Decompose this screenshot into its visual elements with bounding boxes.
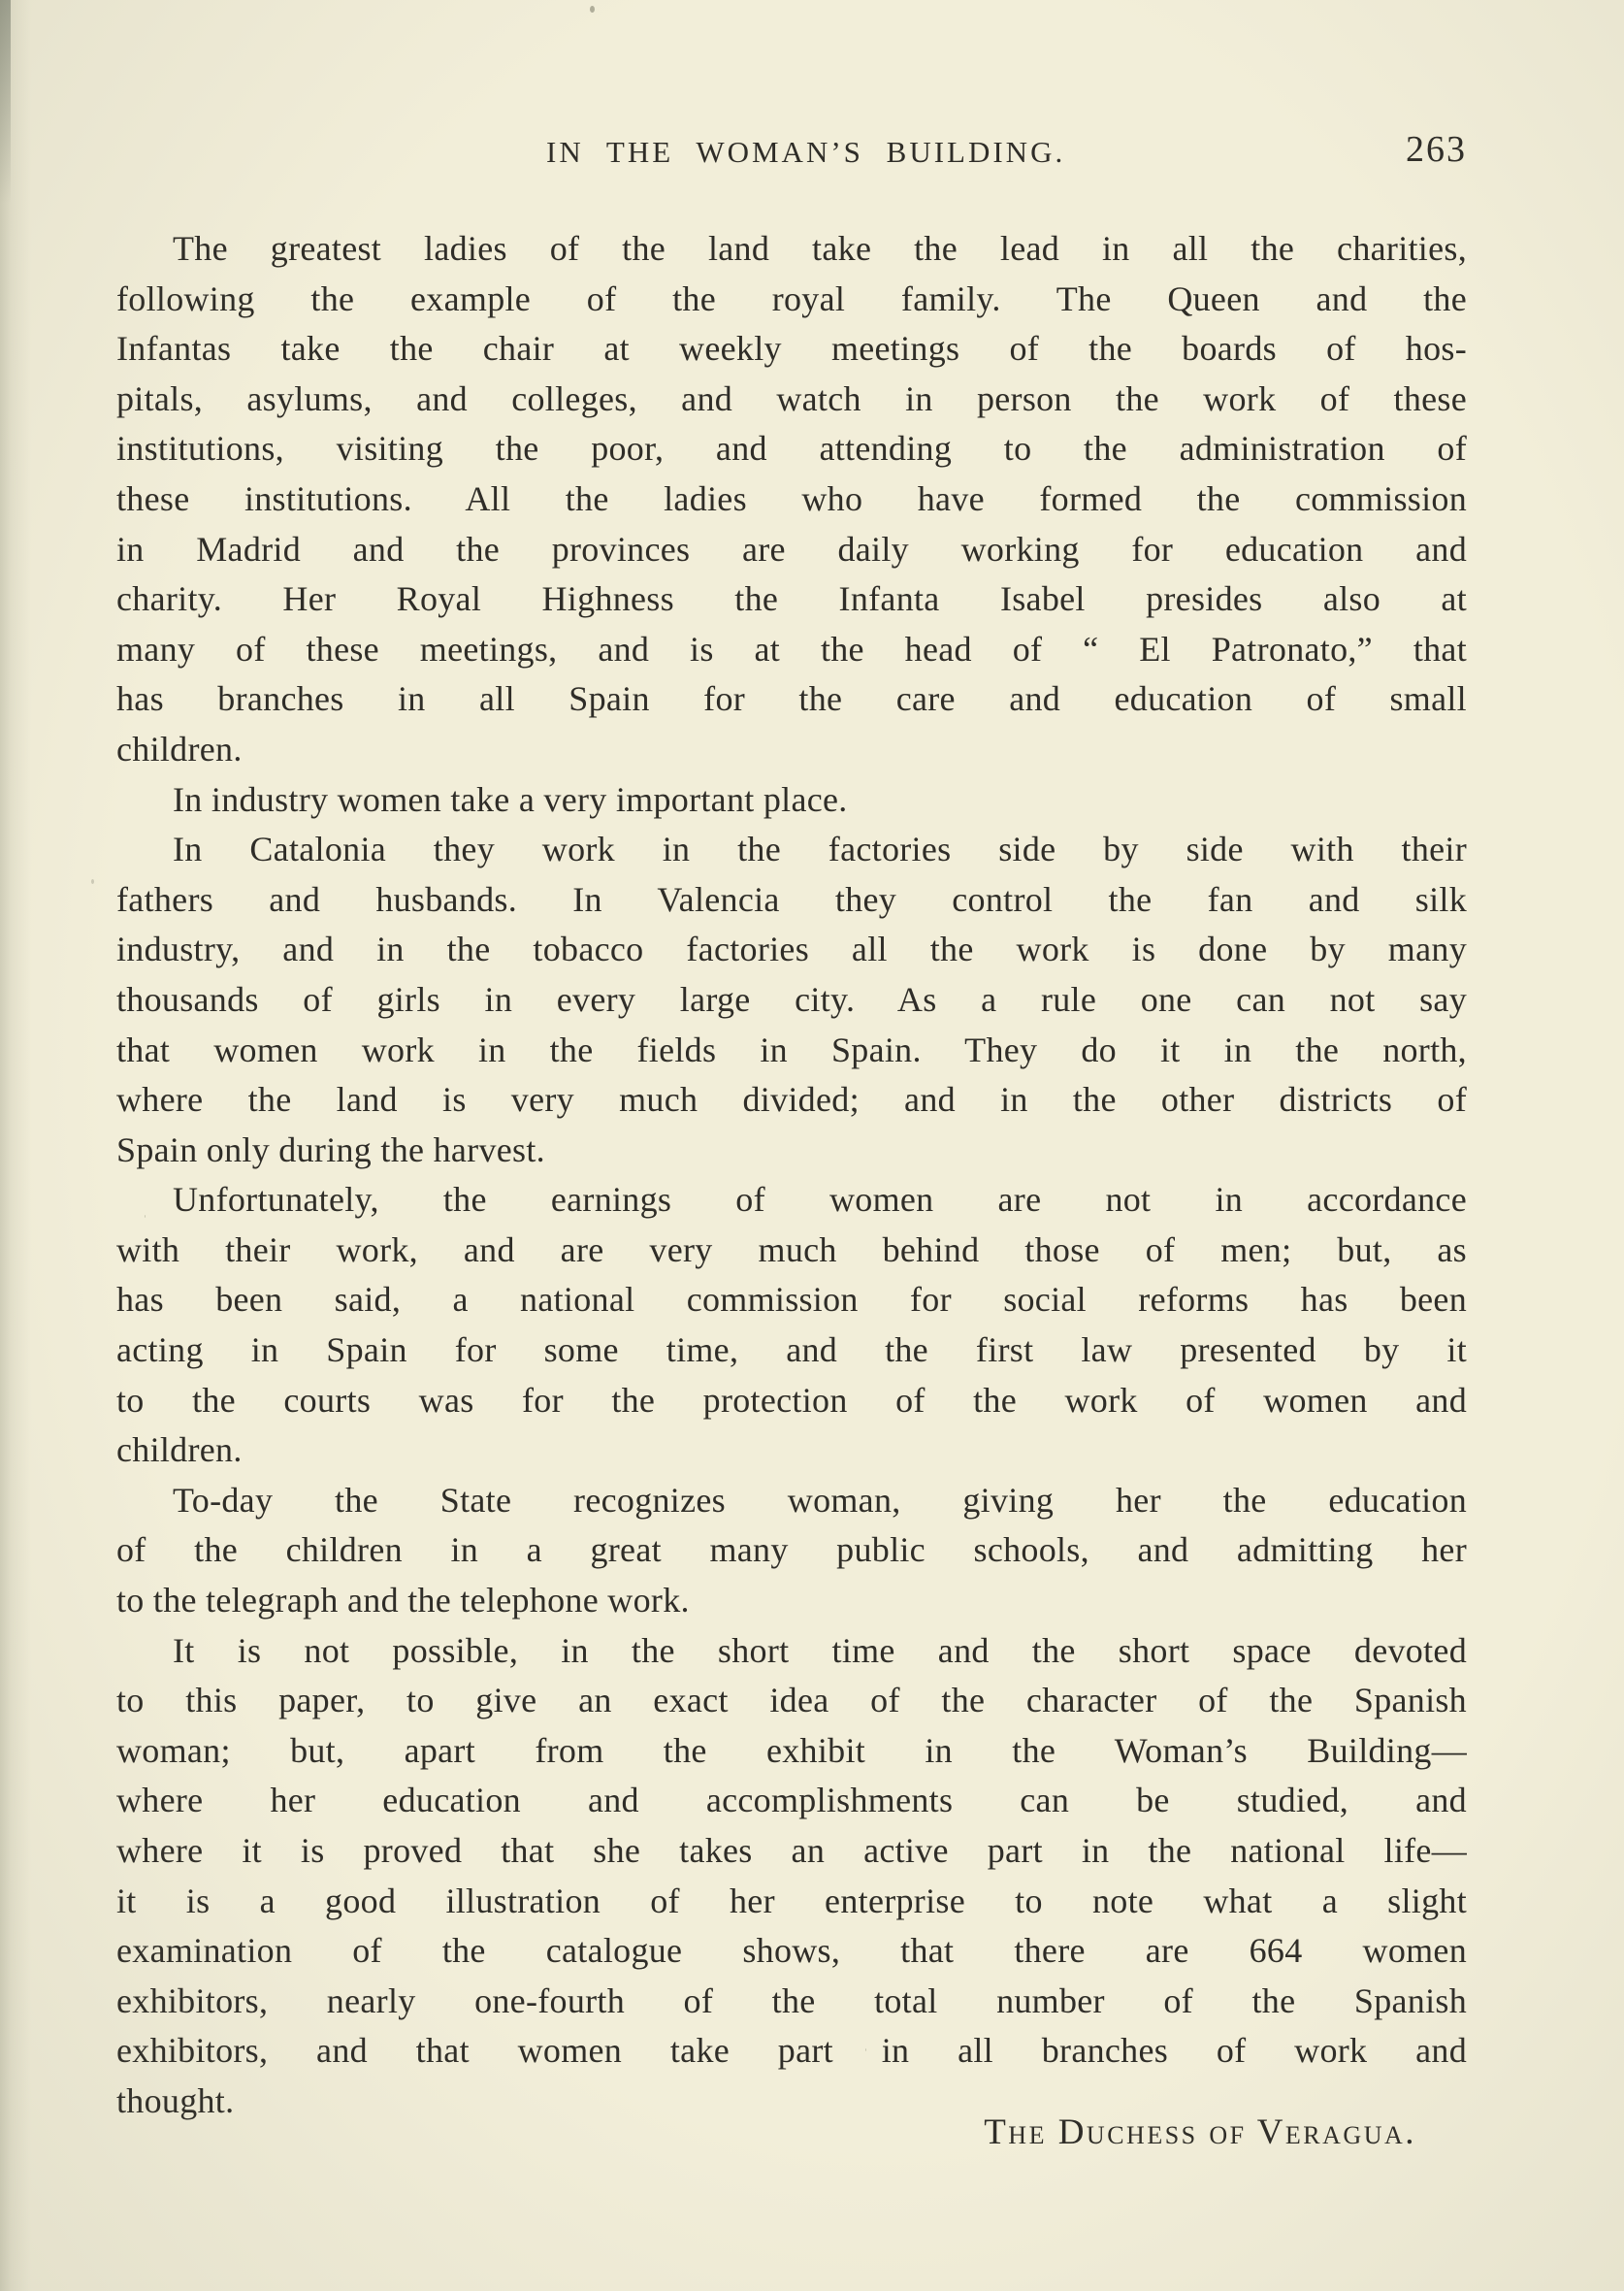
text-line: has branches in all Spain for the care a… [116, 674, 1467, 725]
page-number: 263 [1406, 128, 1467, 171]
text-line: to the telegraph and the telephone work. [116, 1576, 1467, 1626]
text-line: where it is proved that she takes an act… [116, 1826, 1467, 1877]
text-line: to the courts was for the protection of … [116, 1376, 1467, 1426]
text-line: has been said, a national commission for… [116, 1275, 1467, 1326]
body-text: The greatest ladies of the land take the… [116, 224, 1467, 2127]
text-line: children. [116, 725, 1467, 775]
text-line: following the example of the royal famil… [116, 275, 1467, 325]
book-page: IN THE WOMAN’S BUILDING. 263 The greates… [0, 0, 1624, 2291]
text-line: with their work, and are very much behin… [116, 1226, 1467, 1276]
text-line: where the land is very much divided; and… [116, 1075, 1467, 1126]
text-line: many of these meetings, and is at the he… [116, 625, 1467, 675]
text-line: where her education and accomplishments … [116, 1776, 1467, 1826]
scan-edge-shadow [0, 0, 11, 204]
text-line: examination of the catalogue shows, that… [116, 1926, 1467, 1977]
text-line: institutions, visiting the poor, and att… [116, 424, 1467, 475]
text-line: that women work in the fields in Spain. … [116, 1026, 1467, 1076]
text-line: In Catalonia they work in the factories … [116, 825, 1467, 875]
text-line: of the children in a great many public s… [116, 1525, 1467, 1576]
text-line: It is not possible, in the short time an… [116, 1626, 1467, 1677]
text-line: children. [116, 1425, 1467, 1476]
text-line: Unfortunately, the earnings of women are… [116, 1175, 1467, 1226]
text-line: it is a good illustration of her enterpr… [116, 1877, 1467, 1927]
text-line: acting in Spain for some time, and the f… [116, 1326, 1467, 1376]
text-line: fathers and husbands. In Valencia they c… [116, 875, 1467, 926]
text-line: To-day the State recognizes woman, givin… [116, 1476, 1467, 1526]
paper-speck [590, 6, 595, 13]
text-line: The greatest ladies of the land take the… [116, 224, 1467, 275]
text-line: exhibitors, nearly one-fourth of the tot… [116, 1977, 1467, 2027]
text-line: thousands of girls in every large city. … [116, 975, 1467, 1026]
text-line: to this paper, to give an exact idea of … [116, 1676, 1467, 1726]
text-line: exhibitors, and that women take part in … [116, 2026, 1467, 2077]
author-signature: The Duchess of Veragua. [984, 2111, 1416, 2153]
text-line: pitals, asylums, and colleges, and watch… [116, 375, 1467, 425]
text-line: Spain only during the harvest. [116, 1126, 1467, 1176]
text-line: these institutions. All the ladies who h… [116, 475, 1467, 525]
text-line: charity. Her Royal Highness the Infanta … [116, 574, 1467, 625]
text-line: Infantas take the chair at weekly meetin… [116, 324, 1467, 375]
running-header-title: IN THE WOMAN’S BUILDING. [546, 135, 1065, 170]
text-line: In industry women take a very important … [116, 775, 1467, 826]
text-line: in Madrid and the provinces are daily wo… [116, 525, 1467, 575]
text-line: industry, and in the tobacco factories a… [116, 925, 1467, 975]
text-line: woman; but, apart from the exhibit in th… [116, 1726, 1467, 1777]
